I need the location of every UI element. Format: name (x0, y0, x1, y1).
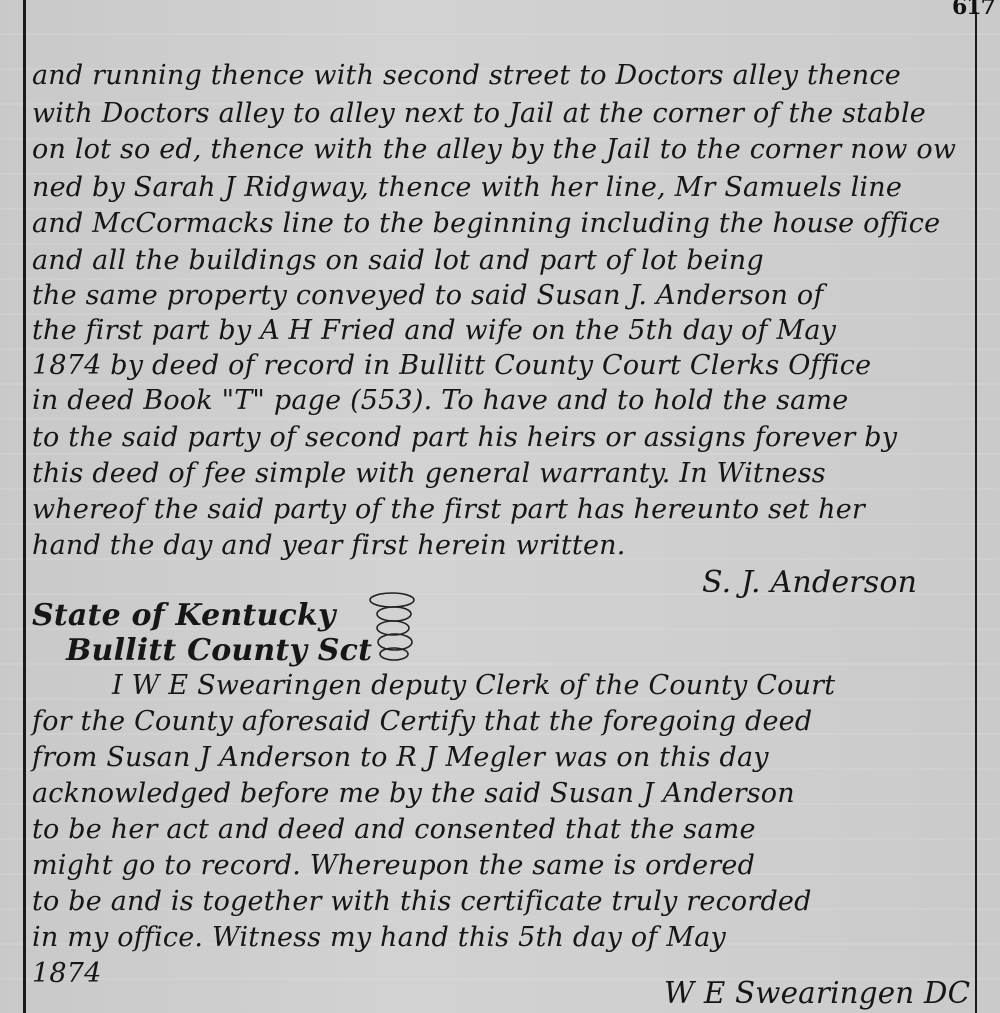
certificate-state-heading: State of Kentucky (32, 598, 336, 633)
deed-line: this deed of fee simple with general war… (32, 458, 826, 489)
deed-line: hand the day and year first herein writt… (32, 530, 626, 561)
certificate-line: 1874 (32, 958, 102, 989)
certificate-line: in my office. Witness my hand this 5th d… (32, 922, 726, 953)
deed-line: whereof the said party of the first part… (32, 494, 865, 525)
right-margin-rule (975, 12, 977, 1013)
deed-line: ned by Sarah J Ridgway, thence with her … (32, 172, 902, 203)
deed-line: in deed Book "T" page (553). To have and… (32, 385, 848, 416)
clerk-signature: W E Swearingen DC (664, 976, 970, 1011)
deed-line: to the said party of second part his hei… (32, 422, 897, 453)
deed-line: the first part by A H Fried and wife on … (32, 315, 836, 346)
ledger-page: 617 and running thence with second stree… (0, 0, 1000, 1013)
deed-line: with Doctors alley to alley next to Jail… (32, 98, 926, 129)
left-margin-rule (23, 0, 26, 1013)
page-number: 617 (952, 0, 995, 20)
grantor-signature: S. J. Anderson (702, 565, 917, 600)
certificate-line: to be and is together with this certific… (32, 886, 812, 917)
deed-line: and running thence with second street to… (32, 60, 901, 91)
certificate-line: might go to record. Whereupon the same i… (32, 850, 755, 881)
deed-line: the same property conveyed to said Susan… (32, 280, 824, 311)
certificate-line: for the County aforesaid Certify that th… (32, 706, 812, 737)
certificate-line: I W E Swearingen deputy Clerk of the Cou… (112, 670, 835, 701)
certificate-county-heading: Bullitt County Sct (66, 633, 372, 668)
certificate-line: to be her act and deed and consented tha… (32, 814, 756, 845)
deed-line: on lot so ed, thence with the alley by t… (32, 134, 956, 165)
deed-line: and McCormacks line to the beginning inc… (32, 208, 940, 239)
deed-line: 1874 by deed of record in Bullitt County… (32, 350, 871, 381)
certificate-line: from Susan J Anderson to R J Megler was … (32, 742, 769, 773)
certificate-line: acknowledged before me by the said Susan… (32, 778, 795, 809)
deed-line: and all the buildings on said lot and pa… (32, 245, 764, 276)
